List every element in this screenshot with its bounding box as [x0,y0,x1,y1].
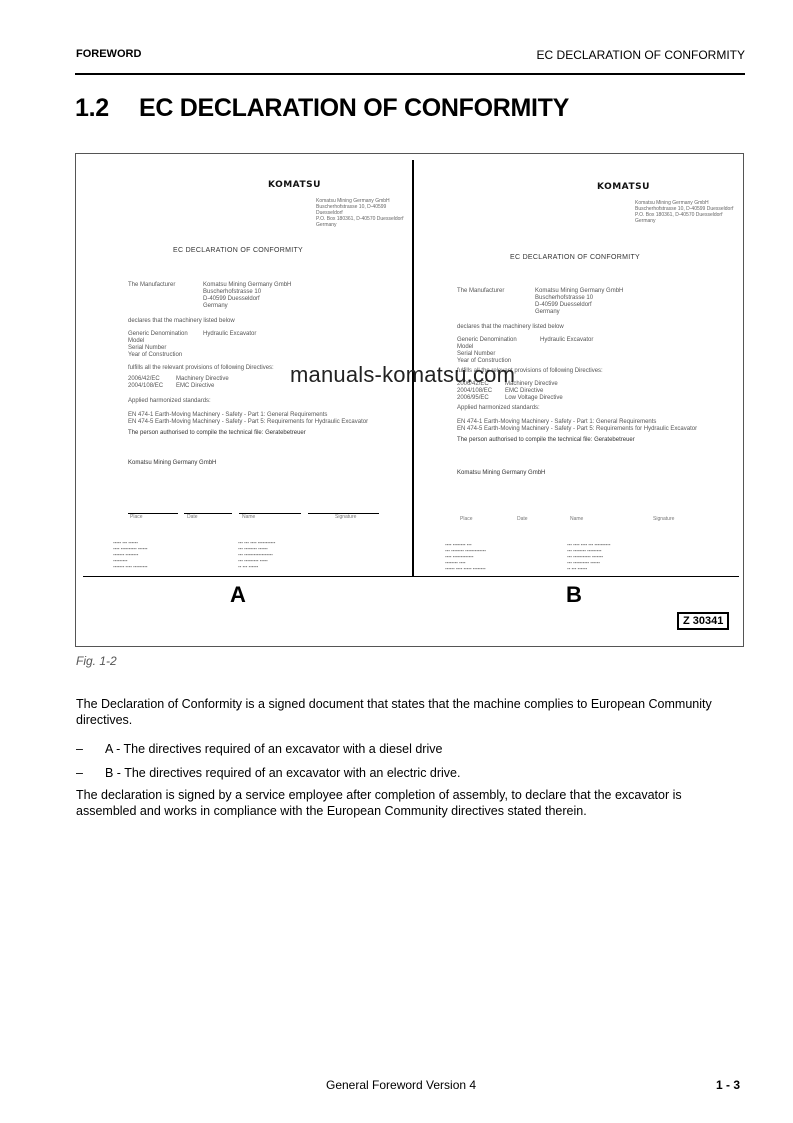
list-marker: – [76,765,105,781]
list-item-text: B - The directives required of an excava… [105,766,461,780]
figure-label-a: A [230,582,246,608]
generic-denomination-value: Hydraulic Excavator [203,331,256,338]
document-title: EC DECLARATION OF CONFORMITY [173,247,303,254]
list-item: –B - The directives required of an excav… [76,765,461,781]
figure-label-b: B [566,582,582,608]
standards-label: Applied harmonized standards: [457,405,540,412]
signature-field-label: Name [242,514,255,521]
signature-field-label: Date [517,516,528,523]
document-title: EC DECLARATION OF CONFORMITY [510,254,640,261]
manufacturer-details: Komatsu Mining Germany GmbHBuscherhofstr… [535,288,623,316]
company-address: Komatsu Mining Germany GmbHBuscherhofstr… [635,200,733,224]
figure-horizontal-divider [83,576,739,577]
signature-field-label: Signature [335,514,356,521]
section-number: 1.2 [75,94,139,123]
section-title: 1.2EC DECLARATION OF CONFORMITY [75,94,569,123]
document-footer-right: ▪▪▪ ▪▪▪ ▪▪▪▪ ▪▪▪▪▪▪▪▪▪▪▪▪▪▪ ▪▪▪▪▪▪▪▪ ▪▪▪… [238,540,275,570]
section-heading: EC DECLARATION OF CONFORMITY [139,94,569,122]
fulfills-text: fulfills all the relevant provisions of … [128,365,274,372]
manufacturer-label: The Manufacturer [128,282,175,289]
header-rule [75,73,745,75]
signing-company: Komatsu Mining Germany GmbH [128,460,216,467]
document-footer-left: ▪▪▪▪ ▪▪▪▪▪▪▪▪ ▪▪▪▪▪▪ ▪▪▪▪▪▪▪▪ ▪▪▪▪▪▪▪▪▪▪… [445,542,486,572]
komatsu-logo: KOMATSU [597,184,650,191]
manufacturer-details: Komatsu Mining Germany GmbHBuscherhofstr… [203,282,291,310]
document-footer-right: ▪▪▪ ▪▪▪▪ ▪▪▪▪ ▪▪▪ ▪▪▪▪▪▪▪▪▪▪▪▪▪ ▪▪▪▪▪▪▪▪… [567,542,610,572]
signing-paragraph: The declaration is signed by a service e… [76,787,744,819]
machine-fields: Generic DenominationModelSerial NumberYe… [457,337,517,365]
declares-text: declares that the machinery listed below [128,318,235,325]
signature-field-label: Date [187,514,198,521]
signature-field-label: Signature [653,516,674,523]
running-header-right: EC DECLARATION OF CONFORMITY [537,48,745,62]
komatsu-logo: KOMATSU [268,182,321,189]
directive-list: 2006/42/ECMachinery Directive 2004/108/E… [128,376,229,390]
list-item: –A - The directives required of an excav… [76,741,442,757]
figure-reference-code: Z 30341 [677,612,729,630]
signing-company: Komatsu Mining Germany GmbH [457,470,545,477]
authorized-person-text: The person authorised to compile the tec… [128,430,306,437]
page-number: 1 - 3 [716,1078,740,1092]
generic-denomination-value: Hydraulic Excavator [540,337,593,344]
standards-label: Applied harmonized standards: [128,398,211,405]
standards-list: EN 474-1 Earth-Moving Machinery - Safety… [128,412,368,426]
list-item-text: A - The directives required of an excava… [105,742,442,756]
signature-field-label: Place [130,514,143,521]
declares-text: declares that the machinery listed below [457,324,564,331]
running-header-left: FOREWORD [76,48,141,60]
document-footer-left: ▪▪▪▪▪ ▪▪▪ ▪▪▪▪▪▪▪▪▪▪ ▪▪▪▪▪▪▪▪▪▪ ▪▪▪▪▪▪▪▪… [113,540,147,570]
list-marker: – [76,741,105,757]
standards-list: EN 474-1 Earth-Moving Machinery - Safety… [457,419,697,433]
authorized-person-text: The person authorised to compile the tec… [457,437,635,444]
manufacturer-label: The Manufacturer [457,288,504,295]
company-address: Komatsu Mining Germany GmbHBuscherhofstr… [316,198,411,228]
signature-field-label: Name [570,516,583,523]
intro-paragraph: The Declaration of Conformity is a signe… [76,696,744,728]
watermark: manuals-komatsu.com [290,362,515,388]
footer-title: General Foreword Version 4 [326,1078,476,1092]
machine-fields: Generic DenominationModelSerial NumberYe… [128,331,188,359]
figure-caption: Fig. 1-2 [76,654,117,668]
signature-field-label: Place [460,516,473,523]
